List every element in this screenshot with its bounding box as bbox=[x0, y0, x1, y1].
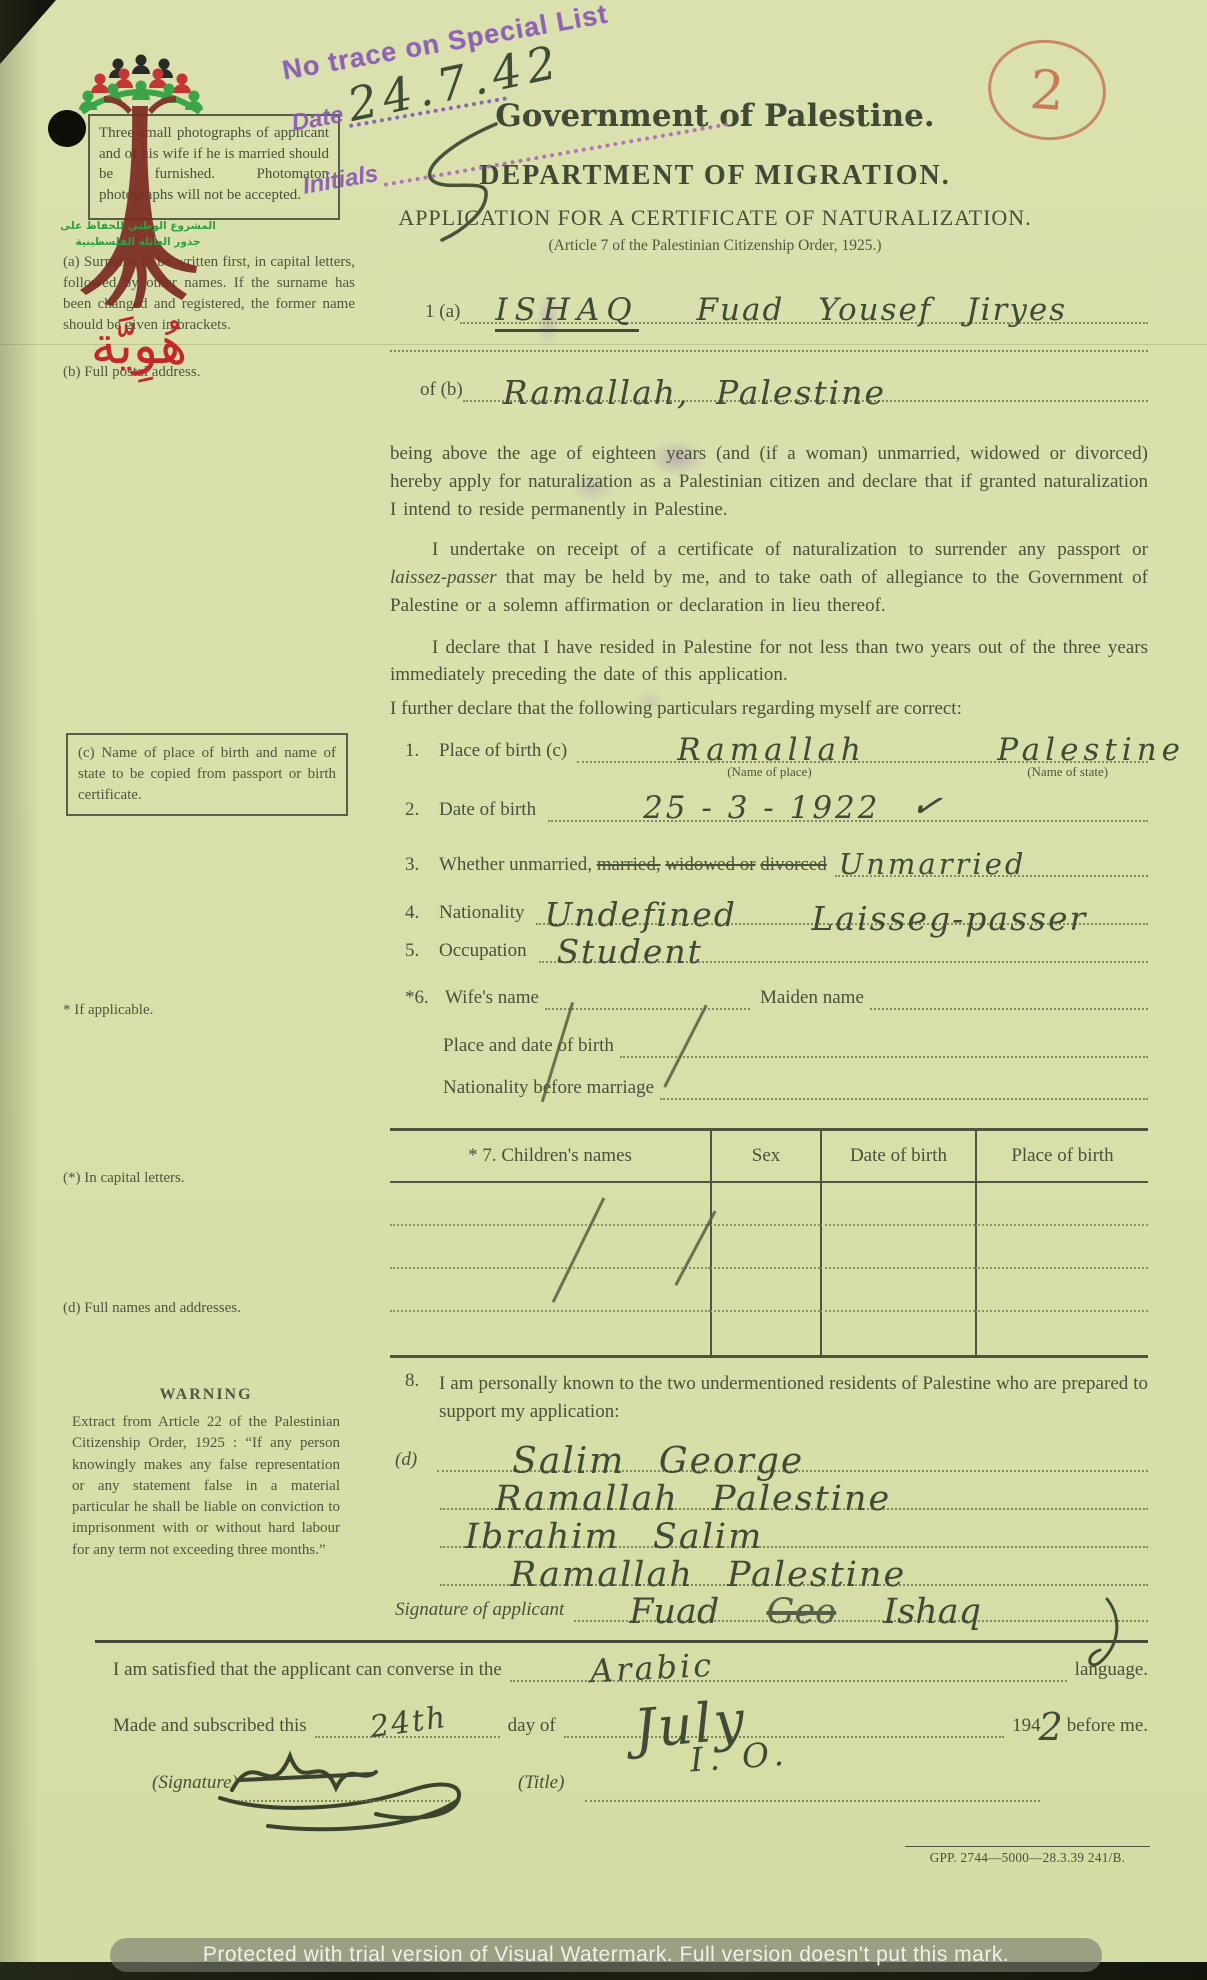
year-handwritten: 2 bbox=[1039, 1708, 1063, 1746]
stamp-date-label: Date bbox=[290, 101, 346, 138]
item-5-number: 5. bbox=[405, 940, 439, 963]
table-cell bbox=[390, 1312, 710, 1355]
item-5-line: Student bbox=[539, 931, 1148, 963]
field-b-line: Ramallah, Palestine bbox=[463, 358, 1148, 402]
table-header-sex: Sex bbox=[710, 1131, 820, 1181]
margin-note-capital-letters: (*) In capital letters. bbox=[63, 1168, 355, 1189]
declaration-paragraphs: being above the age of eighteen years (a… bbox=[390, 440, 1148, 689]
item-nationality: 4. Nationality Undefined Laisseg-passer bbox=[405, 893, 1148, 925]
logo-subtitle-line1: المشروع الوطني للحفاظ على bbox=[58, 219, 218, 235]
item-2-label: Date of birth bbox=[439, 799, 536, 822]
table-cell bbox=[820, 1269, 975, 1312]
item-2-number: 2. bbox=[405, 799, 439, 822]
birth-state-value: Palestine bbox=[997, 735, 1185, 766]
field-b-label: of (b) bbox=[420, 379, 463, 402]
margin-note-if-applicable: * If applicable. bbox=[63, 1000, 355, 1021]
table-cell bbox=[975, 1183, 1148, 1226]
item-8-text: I am personally known to the two underme… bbox=[439, 1370, 1148, 1425]
table-cell bbox=[390, 1269, 710, 1312]
referee-line-3: Ibrahim Salim bbox=[440, 1508, 1148, 1548]
name-of-state-caption: (Name of state) bbox=[1027, 764, 1108, 780]
paragraph-3: I declare that I have resided in Palesti… bbox=[390, 634, 1148, 690]
field-address-row: of (b) Ramallah, Palestine bbox=[420, 360, 1148, 402]
paragraph-4: I further declare that the following par… bbox=[390, 698, 1148, 720]
official-signature-line bbox=[238, 1800, 450, 1802]
field-b-value: Ramallah, Palestine bbox=[503, 376, 886, 409]
printer-code: GPP. 2744—5000—28.3.39 241/B. bbox=[905, 1846, 1150, 1866]
table-empty-rows bbox=[390, 1183, 1148, 1355]
field-1a-line: ISHAQ Fuad Yousef Jiryes bbox=[460, 270, 1148, 324]
item-1-line: Ramallah Palestine (Name of place) (Name… bbox=[577, 731, 1148, 763]
item-5-label: Occupation bbox=[439, 940, 527, 963]
applicant-signature-value: Fuad Geo Ishaq bbox=[629, 1595, 981, 1630]
title-value: I. O. bbox=[689, 1737, 791, 1777]
item-occupation: 5. Occupation Student bbox=[405, 933, 1148, 963]
referee-row-3: Ibrahim Salim bbox=[440, 1510, 1148, 1548]
nationality-value: Undefined bbox=[544, 898, 736, 931]
blank-line bbox=[390, 350, 1148, 352]
logo-arabic-subtitle: المشروع الوطني للحفاظ على جذور العائلة ا… bbox=[58, 219, 218, 251]
referee-line-1: Salim George bbox=[437, 1426, 1148, 1472]
official-signature-scrawl bbox=[210, 1728, 500, 1833]
wife-birth-line bbox=[620, 1028, 1148, 1058]
table-cell bbox=[975, 1269, 1148, 1312]
item-3-number: 3. bbox=[405, 854, 439, 877]
referee-line-2: Ramallah Palestine bbox=[440, 1470, 1148, 1510]
referee-line-4: Ramallah Palestine bbox=[440, 1546, 1148, 1586]
referee-row-2: Ramallah Palestine bbox=[440, 1472, 1148, 1510]
table-cell bbox=[710, 1269, 820, 1312]
table-cell bbox=[710, 1226, 820, 1269]
paragraph-2-text-cont: that may be held by me, and to take oath… bbox=[390, 567, 1148, 616]
table-cell bbox=[975, 1226, 1148, 1269]
item-4-line: Undefined Laisseg-passer bbox=[536, 891, 1148, 925]
table-header-children: * 7. Children's names bbox=[390, 1131, 710, 1181]
title-label: (Title) bbox=[518, 1772, 564, 1794]
name-of-place-caption: (Name of place) bbox=[727, 764, 811, 780]
paragraph-2-text: I undertake on receipt of a certificate … bbox=[432, 539, 1148, 560]
date-of-birth-value: 25 - 3 - 1922 ✓ bbox=[643, 789, 944, 825]
wife-name-line bbox=[545, 980, 750, 1010]
warning-box: WARNING Extract from Article 22 of the P… bbox=[72, 1386, 340, 1561]
dob-digits: 25 - 3 - 1922 bbox=[643, 790, 880, 826]
item-1-label: Place of birth (c) bbox=[439, 740, 567, 763]
item-4-number: 4. bbox=[405, 902, 439, 925]
day-of-text: day of bbox=[508, 1715, 556, 1738]
item-place-of-birth: 1. Place of birth (c) Ramallah Palestine… bbox=[405, 733, 1148, 763]
check-mark: ✓ bbox=[908, 786, 948, 828]
applicant-signature-line: Fuad Geo Ishaq bbox=[574, 1584, 1148, 1622]
referee-row-1: (d) Salim George bbox=[395, 1428, 1148, 1472]
logo-arabic-title: هُوِيَّة bbox=[64, 316, 214, 376]
converse-post-text: language. bbox=[1075, 1659, 1148, 1682]
marital-options: Whether unmarried, bbox=[439, 854, 592, 875]
section-divider-rule bbox=[95, 1640, 1148, 1643]
signature-of-applicant-label: Signature of applicant bbox=[395, 1599, 564, 1622]
title-line bbox=[585, 1800, 1040, 1802]
given-names-value: Fuad Yousef Jiryes bbox=[697, 292, 1068, 328]
table-cell bbox=[975, 1312, 1148, 1355]
table-header-pob: Place of birth bbox=[975, 1131, 1148, 1181]
converse-row: I am satisfied that the applicant can co… bbox=[113, 1648, 1148, 1682]
stamp-initials-signature bbox=[404, 116, 514, 246]
wife-name-label: Wife's name bbox=[445, 987, 539, 1010]
table-cell bbox=[820, 1226, 975, 1269]
field-1a-label: 1 (a) bbox=[425, 301, 460, 324]
signature-last-name: Ishaq bbox=[883, 1592, 981, 1632]
signature-struck-word: Geo bbox=[766, 1592, 836, 1632]
table-cell bbox=[390, 1183, 710, 1226]
item-marital-status: 3. Whether unmarried, married, widowed o… bbox=[405, 845, 1148, 877]
item-2-line: 25 - 3 - 1922 ✓ bbox=[548, 788, 1148, 822]
marital-status-value: Unmarried bbox=[839, 850, 1027, 879]
logo-subtitle-line2: جذور العائلة الفلسطينية bbox=[58, 235, 218, 251]
warning-title: WARNING bbox=[72, 1386, 340, 1404]
struck-widowed: widowed or bbox=[665, 854, 755, 875]
trial-watermark-text: Protected with trial version of Visual W… bbox=[203, 1943, 1009, 1967]
birth-place-value: Ramallah bbox=[677, 735, 866, 766]
language-value: Arabic bbox=[589, 1649, 715, 1687]
left-edge-shadow bbox=[0, 0, 46, 1980]
table-cell bbox=[710, 1183, 820, 1226]
page-number: 2 bbox=[1028, 57, 1067, 122]
before-me-text: before me. bbox=[1067, 1715, 1148, 1738]
table-cell bbox=[710, 1312, 820, 1355]
occupation-value: Student bbox=[557, 935, 703, 968]
paragraph-2: I undertake on receipt of a certificate … bbox=[390, 536, 1148, 620]
table-cell bbox=[820, 1312, 975, 1355]
item-date-of-birth: 2. Date of birth 25 - 3 - 1922 ✓ bbox=[405, 790, 1148, 822]
surname-value: ISHAQ bbox=[495, 292, 638, 332]
huwiyya-logo-icon bbox=[66, 52, 216, 314]
year-printed: 194 bbox=[1012, 1715, 1041, 1738]
table-cell bbox=[390, 1226, 710, 1269]
laissez-passer-term: laissez-passer bbox=[390, 567, 497, 588]
maiden-name-label: Maiden name bbox=[760, 987, 864, 1010]
struck-divorced: divorced bbox=[760, 854, 826, 875]
paragraph-1: being above the age of eighteen years (a… bbox=[390, 440, 1148, 524]
maiden-name-line bbox=[870, 980, 1148, 1010]
field-1a-value: ISHAQ Fuad Yousef Jiryes bbox=[495, 295, 1067, 326]
referee-row-4: Ramallah Palestine bbox=[440, 1548, 1148, 1586]
field-name-row: 1 (a) ISHAQ Fuad Yousef Jiryes bbox=[425, 272, 1148, 324]
table-cell bbox=[820, 1183, 975, 1226]
item-1-number: 1. bbox=[405, 740, 439, 763]
converse-pre-text: I am satisfied that the applicant can co… bbox=[113, 1659, 502, 1682]
table-header-dob: Date of birth bbox=[820, 1131, 975, 1181]
language-line: Arabic bbox=[510, 1646, 1067, 1682]
item-4-label: Nationality bbox=[439, 902, 524, 925]
warning-text: Extract from Article 22 of the Palestini… bbox=[72, 1412, 340, 1561]
children-table: * 7. Children's names Sex Date of birth … bbox=[390, 1128, 1148, 1358]
item-8-number: 8. bbox=[405, 1370, 439, 1425]
wife-nationality-line bbox=[660, 1070, 1148, 1100]
margin-note-d: (d) Full names and addresses. bbox=[63, 1298, 355, 1319]
month-line: July bbox=[564, 1698, 1004, 1738]
item-6-number: *6. bbox=[405, 987, 445, 1010]
item-referees: 8. I am personally known to the two unde… bbox=[405, 1370, 1148, 1425]
struck-married: married, bbox=[597, 854, 661, 875]
item-3-line: Unmarried bbox=[835, 843, 1148, 877]
wife-birth-label: Place and date of birth bbox=[443, 1035, 614, 1058]
applicant-signature-row: Signature of applicant Fuad Geo Ishaq bbox=[395, 1586, 1148, 1622]
item-wife-row: *6. Wife's name Maiden name bbox=[405, 982, 1148, 1010]
trial-watermark-bar: Protected with trial version of Visual W… bbox=[110, 1938, 1102, 1972]
item-3-label: Whether unmarried, married, widowed or d… bbox=[439, 854, 827, 877]
wife-birth-row: Place and date of birth bbox=[443, 1030, 1148, 1058]
margin-note-c: (c) Name of place of birth and name of s… bbox=[66, 733, 348, 816]
item-d-label: (d) bbox=[395, 1449, 417, 1472]
signature-first-name: Fuad bbox=[629, 1592, 719, 1632]
scanned-form-page: Three small photographs of applicant and… bbox=[0, 0, 1207, 1980]
